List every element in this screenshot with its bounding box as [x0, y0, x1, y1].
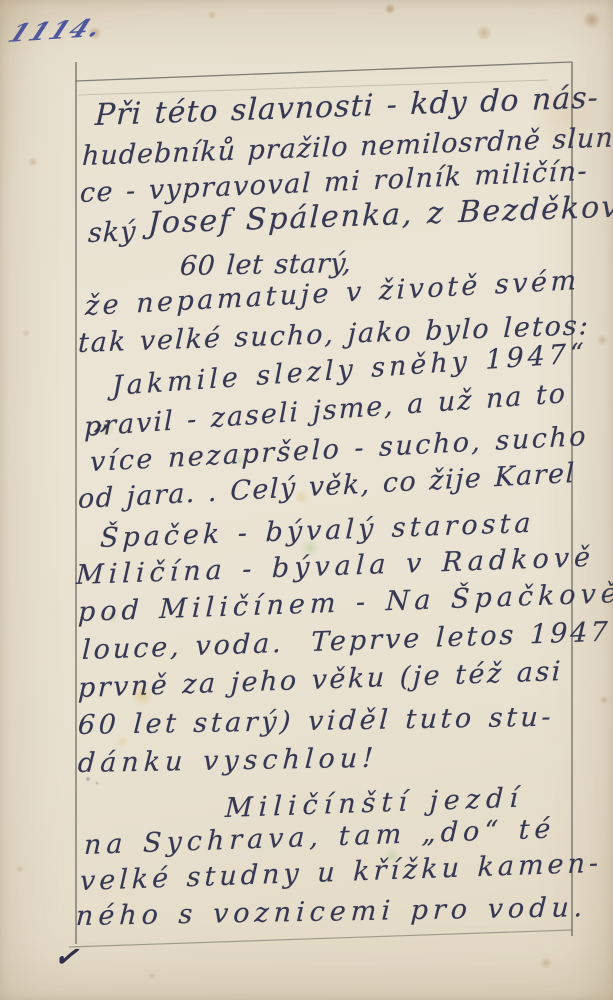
handwriting-line: dánku vyschlou!: [77, 743, 379, 779]
page-number: 1114.: [4, 13, 109, 48]
handwriting-line: ský: [87, 216, 137, 249]
handwriting-line: 60 let starý,: [179, 248, 352, 282]
handwriting-line: ného s voznicemi pro vodu.: [75, 892, 588, 932]
manuscript-page: 1114. Při této slavnosti - kdy do nás-hu…: [0, 0, 613, 1000]
ink-checkmark: ✓: [51, 939, 87, 976]
handwriting-line: 60 let starý) viděl tuto stu-: [77, 702, 555, 741]
